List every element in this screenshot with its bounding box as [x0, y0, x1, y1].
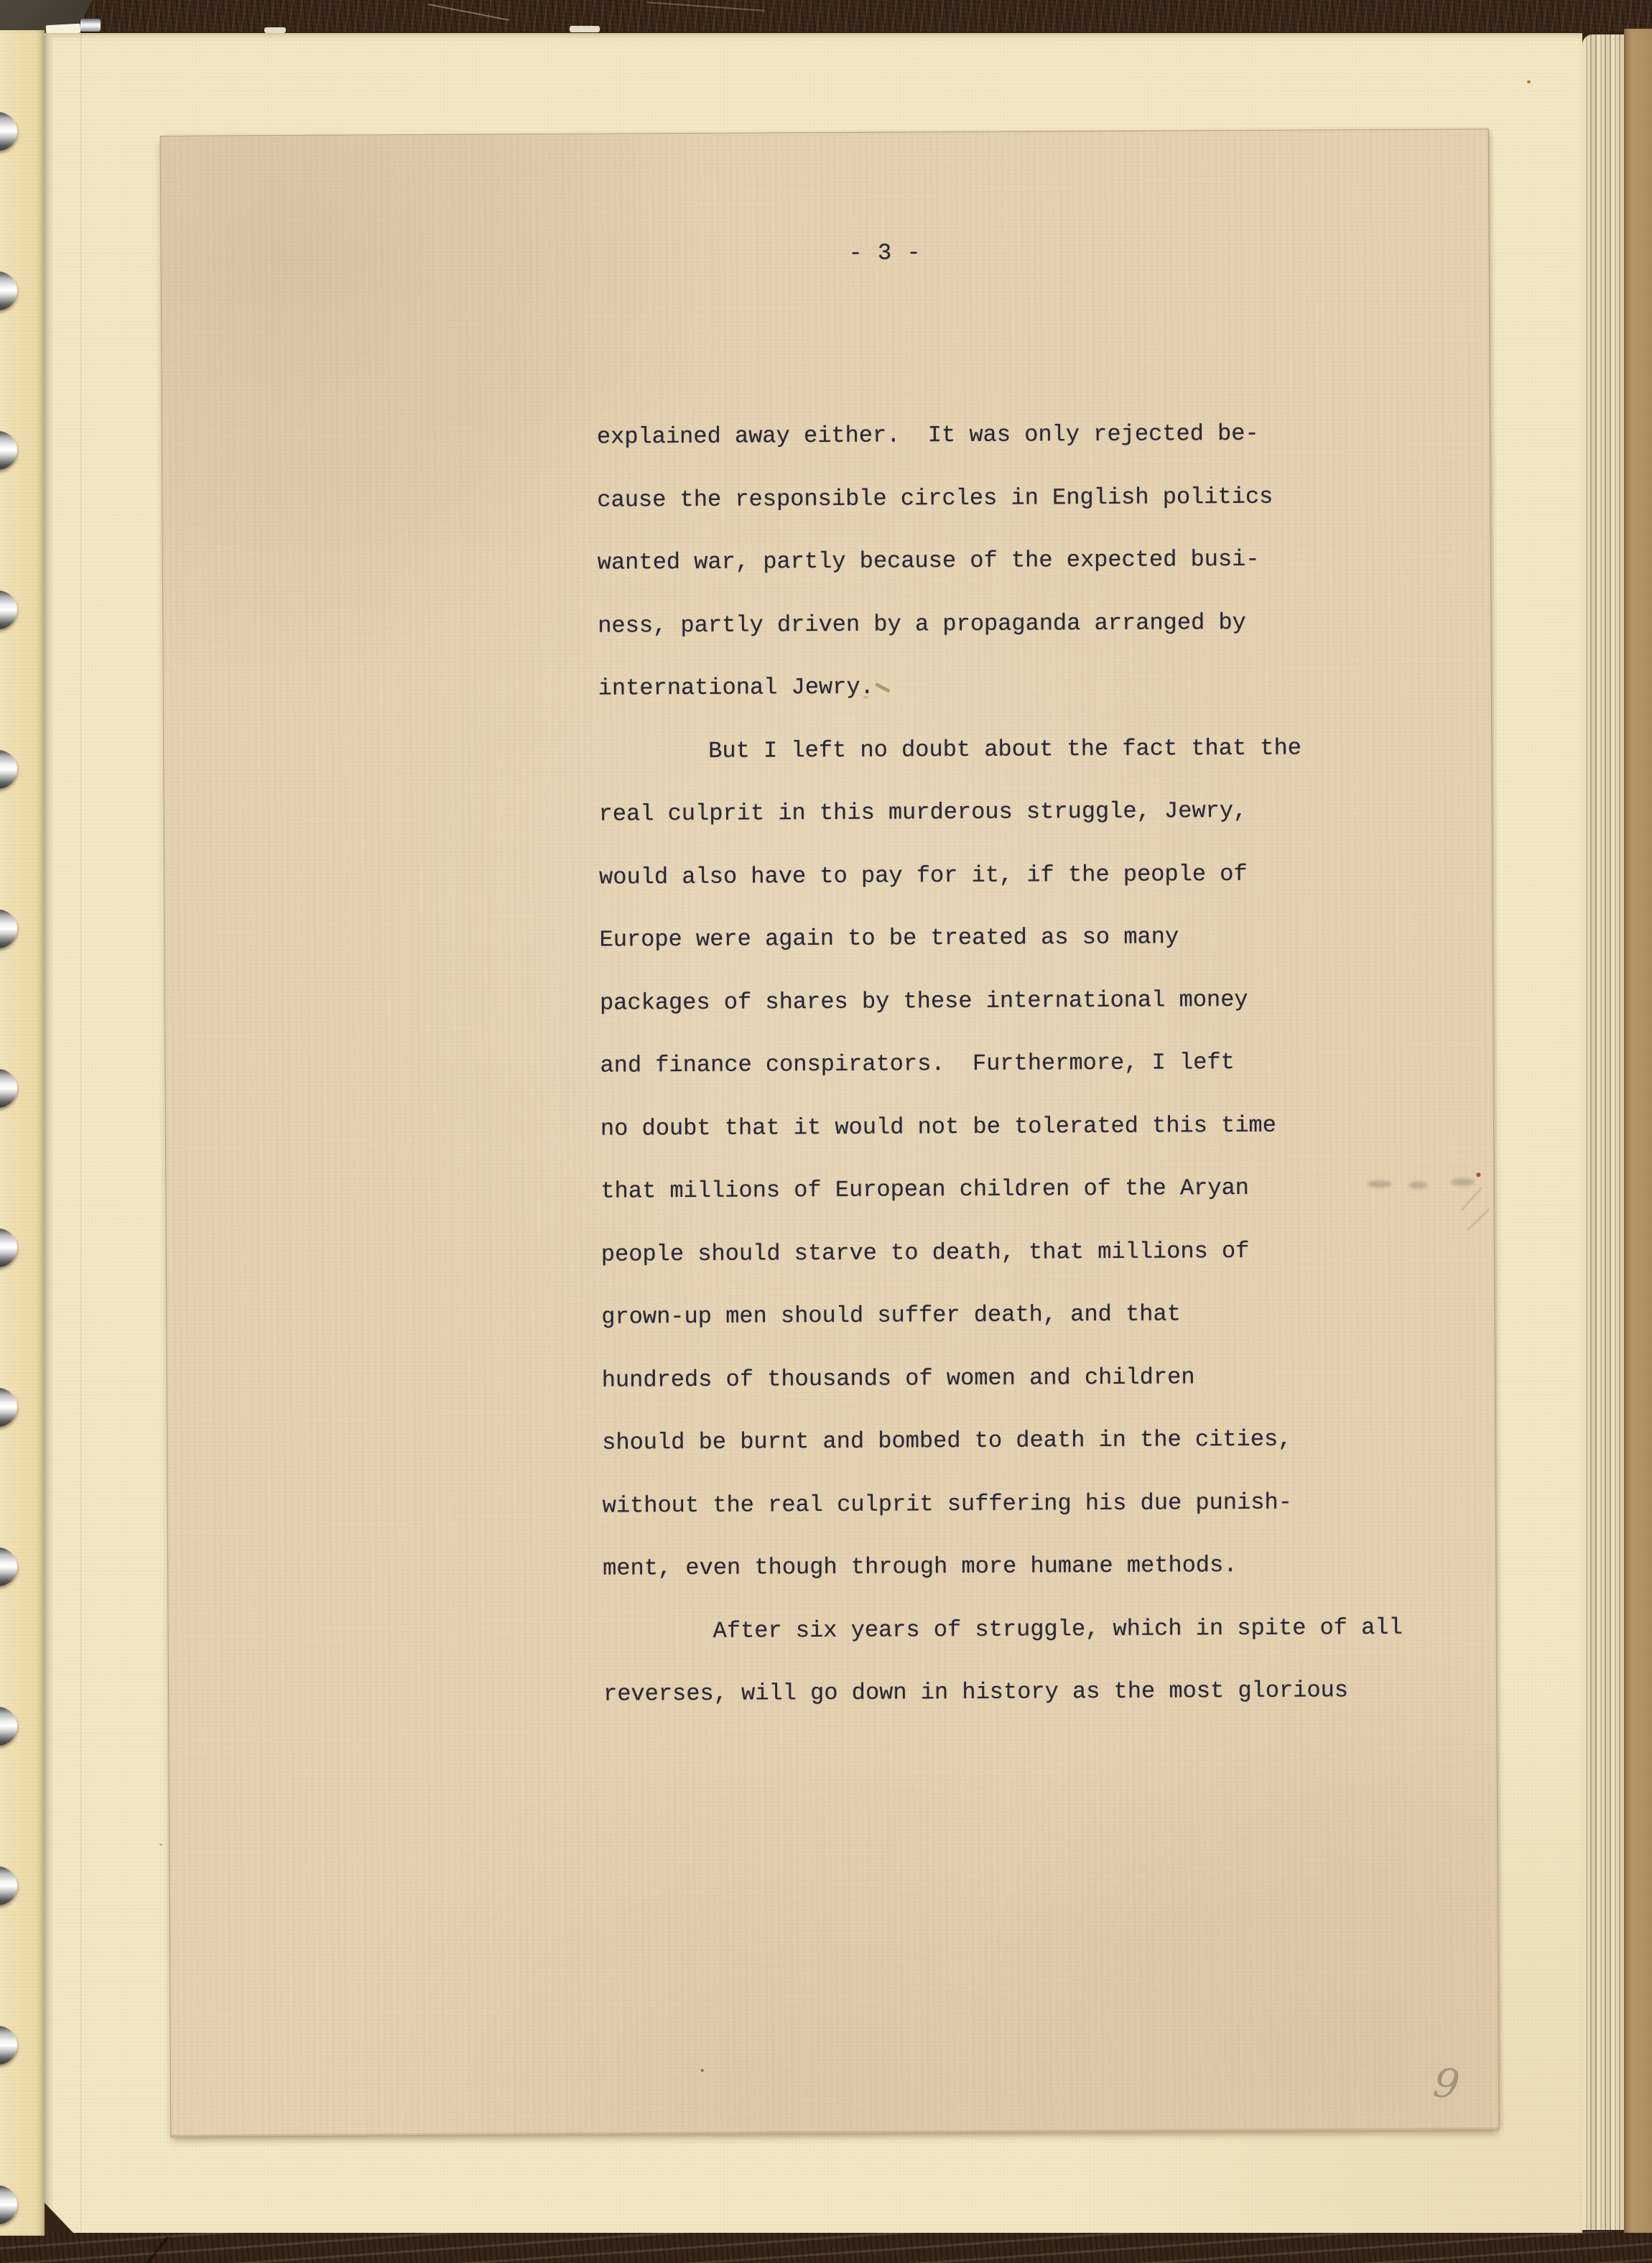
archival-scan-photo: - 3 - explained away either. It was only…: [0, 0, 1652, 2263]
ink-speck: [1476, 1172, 1480, 1177]
leather-cover-top: [0, 0, 1652, 32]
text-line: cause the responsible circles in English…: [597, 464, 1459, 532]
foxing-speck: [159, 1843, 162, 1846]
foxing-speck: [701, 2069, 704, 2072]
right-page-stack-edges: [1582, 34, 1624, 2230]
text-line: grown-up men should suffer death, and th…: [601, 1281, 1463, 1348]
leather-cover-bottom: [0, 2231, 1652, 2263]
page-edge-fragment: [46, 24, 81, 34]
page-deckle-edge: [45, 33, 54, 2233]
text-line: should be burnt and bombed to death in t…: [602, 1407, 1464, 1474]
text-line: and finance conspirators. Furthermore, I…: [600, 1029, 1462, 1097]
album-back-cover-edge: [1624, 29, 1652, 2233]
binder-post: [80, 19, 101, 32]
page-edge-highlight: [570, 26, 600, 32]
pencil-hatch-mark: [1467, 1208, 1490, 1231]
text-line: After six years of struggle, which in sp…: [603, 1596, 1465, 1663]
text-line: would also have to pay for it, if the pe…: [599, 841, 1461, 909]
text-line: real culprit in this murderous struggle,…: [598, 778, 1460, 846]
document-text: explained away either. It was only rejec…: [597, 401, 1466, 1726]
text-line: packages of shares by these internationa…: [600, 967, 1462, 1035]
text-line: explained away either. It was only rejec…: [597, 401, 1459, 468]
text-line: without the real culprit suffering his d…: [602, 1470, 1464, 1537]
text-line: But I left no doubt about the fact that …: [598, 716, 1460, 783]
text-line: that millions of European children of th…: [600, 1155, 1462, 1223]
pencil-annotation: 9: [1431, 2059, 1462, 2109]
text-line: ness, partly driven by a propaganda arra…: [598, 590, 1460, 657]
pencil-smudge: [1450, 1178, 1475, 1185]
page-number: - 3 -: [848, 231, 921, 275]
page-edge-highlight: [264, 27, 286, 33]
left-page-stack-edge: [0, 30, 45, 2236]
text-line: people should starve to death, that mill…: [601, 1218, 1463, 1286]
text-line: wanted war, partly because of the expect…: [598, 527, 1460, 594]
foxing-speck: [1527, 80, 1531, 83]
text-line: reverses, will go down in history as the…: [603, 1658, 1465, 1726]
text-line: no doubt that it would not be tolerated …: [600, 1093, 1462, 1160]
text-line: international Jewry.: [598, 652, 1460, 720]
pencil-hatch-mark: [1461, 1188, 1482, 1211]
page-crease: [80, 33, 82, 2233]
typed-document-sheet: - 3 - explained away either. It was only…: [160, 129, 1500, 2137]
pencil-smudge: [1409, 1182, 1427, 1189]
text-line: Europe were again to be treated as so ma…: [599, 904, 1461, 971]
ink-stray-dot: [863, 696, 868, 699]
text-line: hundreds of thousands of women and child…: [602, 1344, 1464, 1412]
text-line: ment, even though through more humane me…: [603, 1532, 1465, 1600]
